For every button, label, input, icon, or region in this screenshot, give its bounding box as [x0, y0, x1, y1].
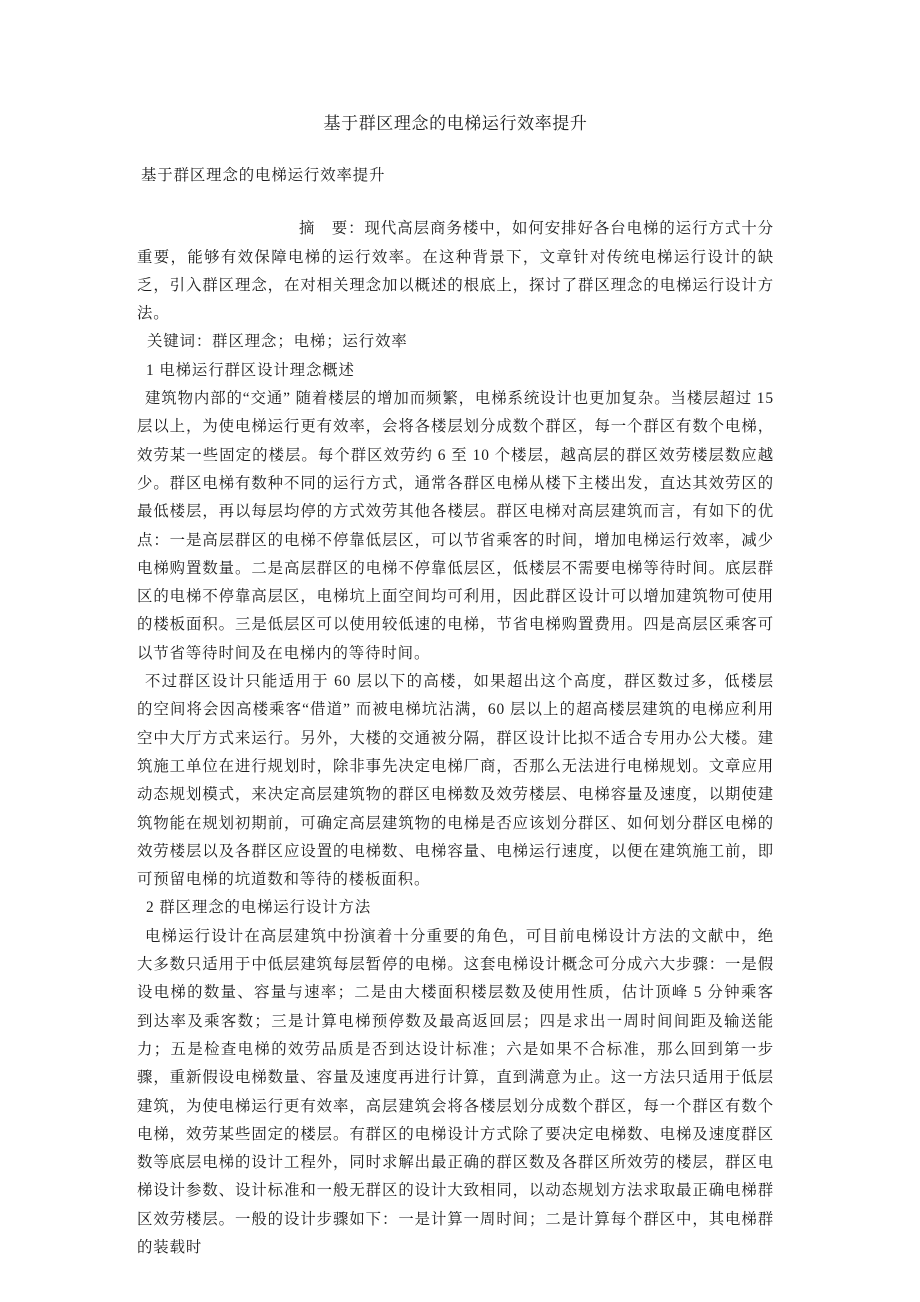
section-1-paragraph-2: 不过群区设计只能适用于 60 层以下的高楼，如果超出这个高度，群区数过多，低楼层…: [137, 668, 774, 894]
document-subtitle: 基于群区理念的电梯运行效率提升: [137, 162, 774, 190]
abstract-paragraph: 摘 要：现代高层商务楼中，如何安排好各台电梯的运行方式十分重要，能够有效保障电梯…: [137, 215, 774, 328]
section-2-heading: 2 群区理念的电梯运行设计方法: [137, 894, 774, 922]
document-page: 基于群区理念的电梯运行效率提升 基于群区理念的电梯运行效率提升 摘 要：现代高层…: [0, 0, 920, 1302]
keywords-line: 关键词：群区理念；电梯；运行效率: [137, 328, 774, 356]
document-title: 基于群区理念的电梯运行效率提升: [137, 109, 774, 139]
section-1-paragraph-1: 建筑物内部的“交通” 随着楼层的增加而频繁，电梯系统设计也更加复杂。当楼层超过 …: [137, 385, 774, 668]
section-2-paragraph-1: 电梯运行设计在高层建筑中扮演着十分重要的角色，可目前电梯设计方法的文献中，绝大多…: [137, 923, 774, 1263]
section-1-heading: 1 电梯运行群区设计理念概述: [137, 357, 774, 385]
